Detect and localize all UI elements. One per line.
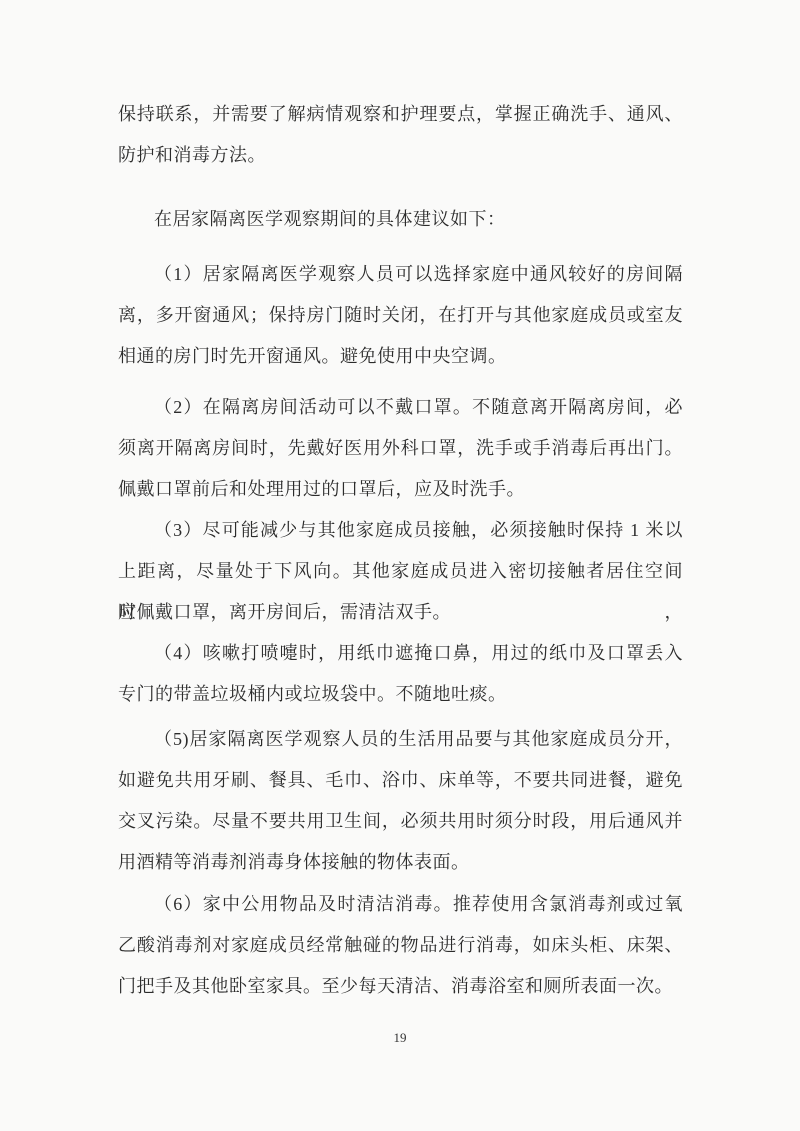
text-line: 专门的带盖垃圾桶内或垃圾袋中。不随地吐痰。	[118, 674, 683, 715]
text-line: （2）在隔离房间活动可以不戴口罩。不随意离开隔离房间，必	[118, 387, 683, 428]
text-line: 如避免共用牙刷、餐具、毛巾、浴巾、床单等，不要共同进餐，避免	[118, 760, 683, 801]
text-line: 用酒精等消毒剂消毒身体接触的物体表面。	[118, 842, 683, 883]
paragraph: 在居家隔离医学观察期间的具体建议如下：	[118, 199, 683, 240]
text-line: 离，多开窗通风；保持房门随时关闭，在打开与其他家庭成员或室友	[118, 295, 683, 336]
paragraph: （5)居家隔离医学观察人员的生活用品要与其他家庭成员分开，如避免共用牙刷、餐具、…	[118, 719, 683, 883]
text-line: 交叉污染。尽量不要共用卫生间，必须共用时须分时段，用后通风并	[118, 801, 683, 842]
text-line: （4）咳嗽打喷嚏时，用纸巾遮掩口鼻，用过的纸巾及口罩丢入	[118, 633, 683, 674]
text-line: 相通的房门时先开窗通风。避免使用中央空调。	[118, 336, 683, 377]
text-line: （3）尽可能减少与其他家庭成员接触，必须接触时保持 1 米以	[118, 510, 683, 551]
paragraph: （2）在隔离房间活动可以不戴口罩。不随意离开隔离房间，必须离开隔离房间时，先戴好…	[118, 387, 683, 510]
paragraph: （6）家中公用物品及时清洁消毒。推荐使用含氯消毒剂或过氧乙酸消毒剂对家庭成员经常…	[118, 884, 683, 1007]
text-line: 保持联系，并需要了解病情观察和护理要点，掌握正确洗手、通风、	[118, 94, 683, 135]
paragraph: （4）咳嗽打喷嚏时，用纸巾遮掩口鼻，用过的纸巾及口罩丢入专门的带盖垃圾桶内或垃圾…	[118, 633, 683, 715]
page-number: 19	[0, 1030, 800, 1046]
text-line: （1）居家隔离医学观察人员可以选择家庭中通风较好的房间隔	[118, 254, 683, 295]
text-line: 上距离，尽量处于下风向。其他家庭成员进入密切接触者居住空间时，	[118, 551, 683, 592]
paragraph: （3）尽可能减少与其他家庭成员接触，必须接触时保持 1 米以上距离，尽量处于下风…	[118, 510, 683, 633]
text-line: （5)居家隔离医学观察人员的生活用品要与其他家庭成员分开，	[118, 719, 683, 760]
text-line: 防护和消毒方法。	[118, 135, 683, 176]
text-line: （6）家中公用物品及时清洁消毒。推荐使用含氯消毒剂或过氧	[118, 884, 683, 925]
text-line: 须离开隔离房间时，先戴好医用外科口罩，洗手或手消毒后再出门。	[118, 428, 683, 469]
document-body: 保持联系，并需要了解病情观察和护理要点，掌握正确洗手、通风、防护和消毒方法。在居…	[0, 0, 800, 1007]
paragraph: （1）居家隔离医学观察人员可以选择家庭中通风较好的房间隔离，多开窗通风；保持房门…	[118, 254, 683, 377]
document-page: 保持联系，并需要了解病情观察和护理要点，掌握正确洗手、通风、防护和消毒方法。在居…	[0, 0, 800, 1131]
text-line: 乙酸消毒剂对家庭成员经常触碰的物品进行消毒，如床头柜、床架、	[118, 925, 683, 966]
text-line: 佩戴口罩前后和处理用过的口罩后，应及时洗手。	[118, 469, 683, 510]
paragraph: 保持联系，并需要了解病情观察和护理要点，掌握正确洗手、通风、防护和消毒方法。	[118, 94, 683, 176]
text-line: 在居家隔离医学观察期间的具体建议如下：	[118, 199, 683, 240]
text-line: 门把手及其他卧室家具。至少每天清洁、消毒浴室和厕所表面一次。	[118, 966, 683, 1007]
